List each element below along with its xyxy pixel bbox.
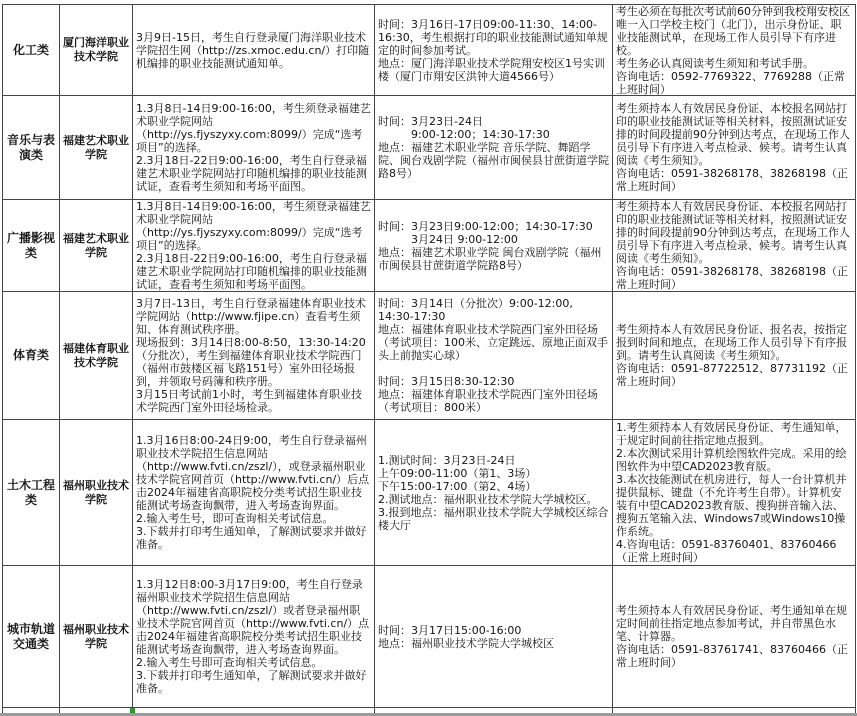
college-cell: 福建艺术职业学院 [60,96,133,200]
skill-test-schedule-table: 化工类 厦门海洋职业技术学院 3月9日-15日，考生自行登录厦门海洋职业技术学院… [2,4,856,708]
schedule-cell: 时间：3月17日15:00-16:00 地点：福州职业技术学院大学城校区 [375,566,613,708]
registration-cell: 3月9日-15日，考生自行登录厦门海洋职业技术学院招生网（http://zs.x… [133,5,375,96]
schedule-cell: 时间：3月23日9:00-12:00；14:30-17:30 3月24日 9:0… [375,200,613,292]
category-cell: 音乐与表演类 [3,96,60,200]
registration-cell: 1.3月16日8:00-24日9:00，考生自行登录福州职业技术学院招生信息网站… [133,420,375,566]
college-cell: 福州职业技术学院 [60,420,133,566]
category-cell: 体育类 [3,292,60,420]
college-cell: 福州职业技术学院 [60,566,133,708]
schedule-cell: 时间：3月16日-17日09:00-11:30、14:00-16:30，考生根据… [375,5,613,96]
registration-cell: 1.3月12日8:00-3月17日9:00，考生自行登录福州职业技术学院招生信息… [133,566,375,708]
schedule-cell: 时间：3月23日-24日 9:00-12:00；14:30-17:30 地点：福… [375,96,613,200]
notes-cell: 1.考生须持本人有效居民身份证、考生通知单，于规定时间前往指定地点报到。 2.本… [613,420,856,566]
notes-cell: 考生须持本人有效居民身份证、本校报名网站打印的职业技能测试证等相关材料，按照测试… [613,96,856,200]
schedule-sheet: 化工类 厦门海洋职业技术学院 3月9日-15日，考生自行登录厦门海洋职业技术学院… [0,0,857,716]
registration-cell: 1.3月8日-14日9:00-16:00，考生须登录福建艺术职业学院网站 （ht… [133,200,375,292]
notes-cell: 考生须持本人有效居民身份证、考生通知单在规定时间前往指定地点参加考试，并自带黑色… [613,566,856,708]
notes-cell: 考生必须在每批次考试前60分钟到我校翔安校区唯一入口学校主校门（北门），出示身份… [613,5,856,96]
category-cell: 土木工程类 [3,420,60,566]
registration-cell: 3月7日-13日，考生自行登录福建体育职业技术学院网站（http://www.f… [133,292,375,420]
notes-cell: 考生须持本人有效居民身份证、本校报名网站打印的职业技能测试证等相关材料，按照测试… [613,200,856,292]
college-cell: 福建艺术职业学院 [60,200,133,292]
registration-cell: 1.3月8日-14日9:00-16:00，考生须登录福建艺术职业学院网站 （ht… [133,96,375,200]
category-cell: 城市轨道交通类 [3,566,60,708]
schedule-cell: 1.测试时间：3月23日-24日 上午09:00-11:00（第1、3场） 下午… [375,420,613,566]
category-cell: 化工类 [3,5,60,96]
schedule-cell: 时间：3月14日（分批次）9:00-12:00, 14:30-17:30 地点：… [375,292,613,420]
notes-cell: 考生须持本人有效居民身份证、报名表，按指定报到时间和地点，在现场工作人员引导下有… [613,292,856,420]
category-cell: 广播影视类 [3,200,60,292]
college-cell: 福建体育职业技术学院 [60,292,133,420]
college-cell: 厦门海洋职业技术学院 [60,5,133,96]
